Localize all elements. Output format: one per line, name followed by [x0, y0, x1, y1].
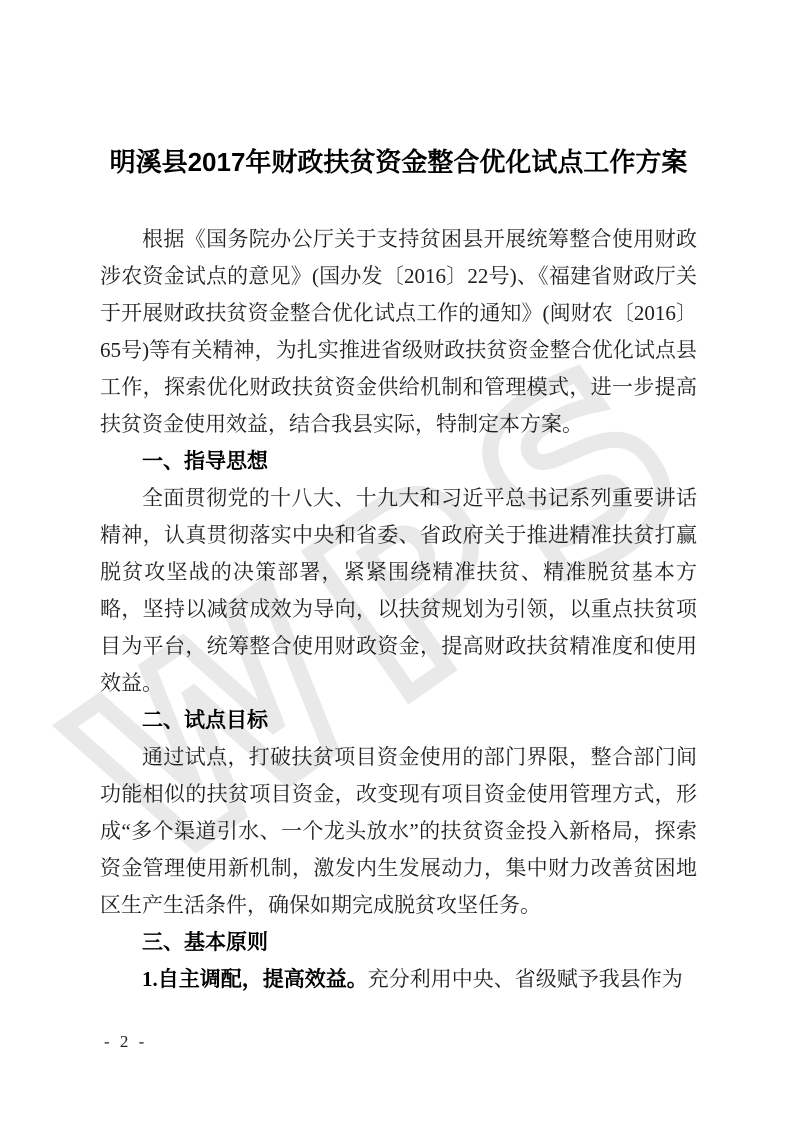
- paragraph-intro: 根据《国务院办公厅关于支持贫困县开展统筹整合使用财政涉农资金试点的意见》(国办发…: [100, 221, 697, 443]
- section-heading-3: 三、基本原则: [100, 924, 697, 961]
- document-title: 明溪县2017年财政扶贫资金整合优化试点工作方案: [100, 141, 697, 183]
- page-number: - 2 -: [104, 1032, 147, 1052]
- section-heading-1: 一、指导思想: [100, 443, 697, 480]
- paragraph-guiding-ideology: 全面贯彻党的十八大、十九大和习近平总书记系列重要讲话精神，认真贯彻落实中央和省委…: [100, 480, 697, 702]
- paragraph-pilot-goals: 通过试点，打破扶贫项目资金使用的部门界限，整合部门间功能相似的扶贫项目资金，改变…: [100, 739, 697, 924]
- document-content: 明溪县2017年财政扶贫资金整合优化试点工作方案 根据《国务院办公厅关于支持贫困…: [100, 141, 697, 998]
- principle-1-lead: 1.自主调配，提高效益。: [142, 967, 368, 991]
- document-page: WPS 明溪县2017年财政扶贫资金整合优化试点工作方案 根据《国务院办公厅关于…: [0, 0, 793, 1122]
- paragraph-principle-1: 1.自主调配，提高效益。充分利用中央、省级赋予我县作为: [100, 961, 697, 998]
- section-heading-2: 二、试点目标: [100, 702, 697, 739]
- principle-1-text: 充分利用中央、省级赋予我县作为: [368, 967, 683, 991]
